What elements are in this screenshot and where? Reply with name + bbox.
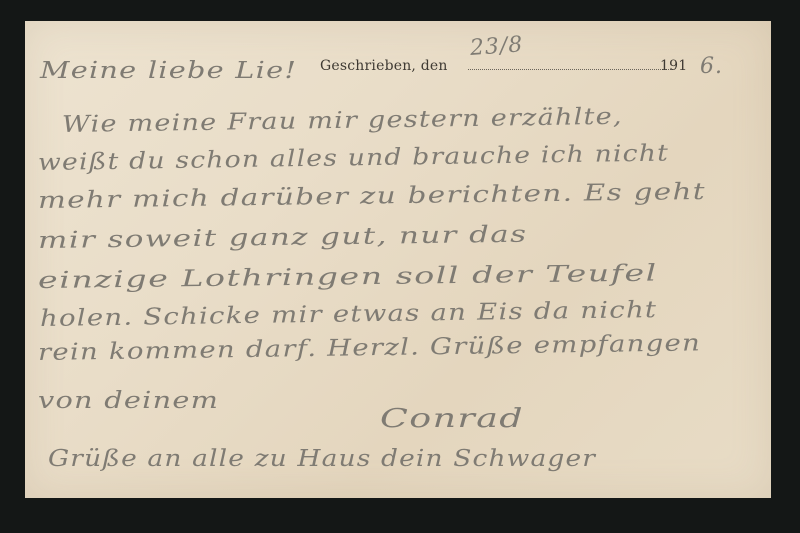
printed-date-header: Geschrieben, den 191 [320, 58, 448, 74]
handwritten-date: 23/8 [469, 32, 524, 61]
letter-line-8: von deinem [38, 388, 219, 414]
date-dotted-line [468, 69, 673, 70]
printed-label: Geschrieben, den [320, 58, 448, 74]
salutation: Meine liebe Lie! [40, 58, 297, 84]
signature: Conrad [380, 404, 524, 434]
handwritten-year: 6. [700, 54, 723, 79]
printed-year-prefix: 191 [660, 58, 687, 74]
postscript: Grüße an alle zu Haus dein Schwager [48, 446, 596, 472]
